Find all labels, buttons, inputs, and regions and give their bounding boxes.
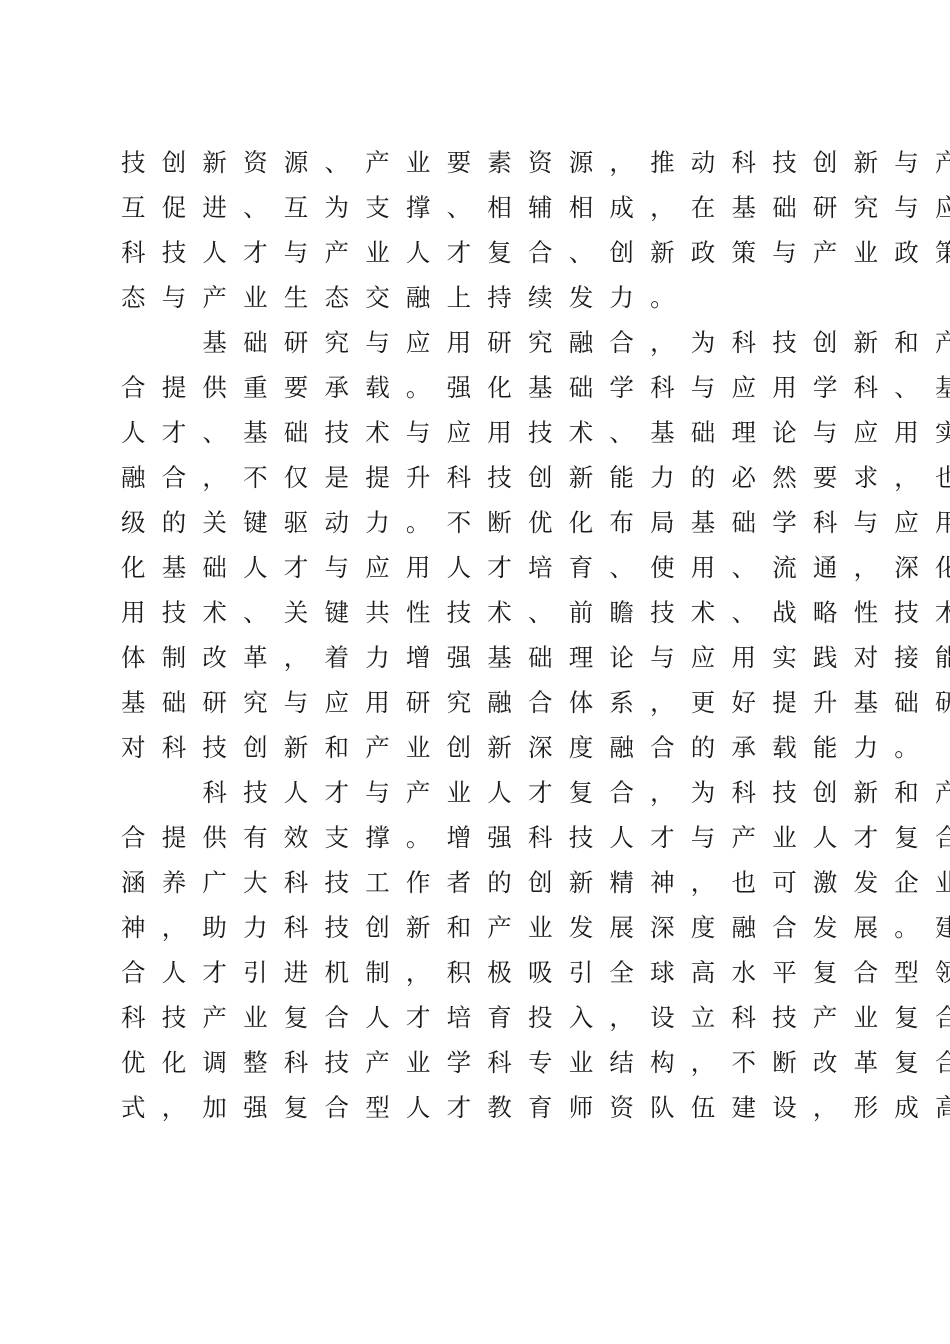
paragraph-2: 基础研究与应用研究融合，为科技创新和产业创新深度融 合提供重要承载。强化基础学科…	[121, 320, 821, 770]
text-line: 技创新资源、产业要素资源，推动科技创新与产业创新二者相	[121, 140, 821, 185]
text-line: 式，加强复合型人才教育师资队伍建设，形成高水平、多层次	[121, 1085, 821, 1130]
text-line: 级的关键驱动力。不断优化布局基础学科与应用学科建设，强	[121, 500, 821, 545]
paragraph-3: 科技人才与产业人才复合，为科技创新和产业创新深度融 合提供有效支撑。增强科技人才…	[121, 770, 821, 1130]
text-line: 科技人才与产业人才复合、创新政策与产业政策协调、创新生	[121, 230, 821, 275]
document-body: 技创新资源、产业要素资源，推动科技创新与产业创新二者相 互促进、互为支撑、相辅相…	[121, 140, 821, 1130]
text-line: 基础研究与应用研究融合体系，更好提升基础研究与应用研究	[121, 680, 821, 725]
text-line: 融合，不仅是提升科技创新能力的必然要求，也是产业转型升	[121, 455, 821, 500]
text-line: 合提供重要承载。强化基础学科与应用学科、基础人才与应用	[121, 365, 821, 410]
text-line: 互促进、互为支撑、相辅相成，在基础研究与应用研究融合、	[121, 185, 821, 230]
text-line: 人才、基础技术与应用技术、基础理论与应用实践之间的深度	[121, 410, 821, 455]
text-line: 体制改革，着力增强基础理论与应用实践对接能力，全面构筑	[121, 635, 821, 680]
text-line: 神，助力科技创新和产业发展深度融合发展。建立科技产业复	[121, 905, 821, 950]
text-line: 基础研究与应用研究融合，为科技创新和产业创新深度融	[121, 320, 821, 365]
paragraph-1: 技创新资源、产业要素资源，推动科技创新与产业创新二者相 互促进、互为支撑、相辅相…	[121, 140, 821, 320]
text-line: 对科技创新和产业创新深度融合的承载能力。	[121, 725, 821, 770]
text-line: 合人才引进机制，积极吸引全球高水平复合型领军人才。增加	[121, 950, 821, 995]
text-line: 合提供有效支撑。增强科技人才与产业人才复合性，不仅可以	[121, 815, 821, 860]
document-page: 技创新资源、产业要素资源，推动科技创新与产业创新二者相 互促进、互为支撑、相辅相…	[0, 0, 950, 1344]
text-line: 优化调整科技产业学科专业结构，不断改革复合型人才培养模	[121, 1040, 821, 1085]
text-line: 化基础人才与应用人才培育、使用、流通，深化基础技术与应	[121, 545, 821, 590]
text-line: 用技术、关键共性技术、前瞻技术、战略性技术创新投入机制	[121, 590, 821, 635]
text-line: 科技产业复合人才培育投入，设立科技产业复合人才培育课程，	[121, 995, 821, 1040]
text-line: 科技人才与产业人才复合，为科技创新和产业创新深度融	[121, 770, 821, 815]
text-line: 涵养广大科技工作者的创新精神，也可激发企业家进取开拓精	[121, 860, 821, 905]
text-line: 态与产业生态交融上持续发力。	[121, 275, 821, 320]
